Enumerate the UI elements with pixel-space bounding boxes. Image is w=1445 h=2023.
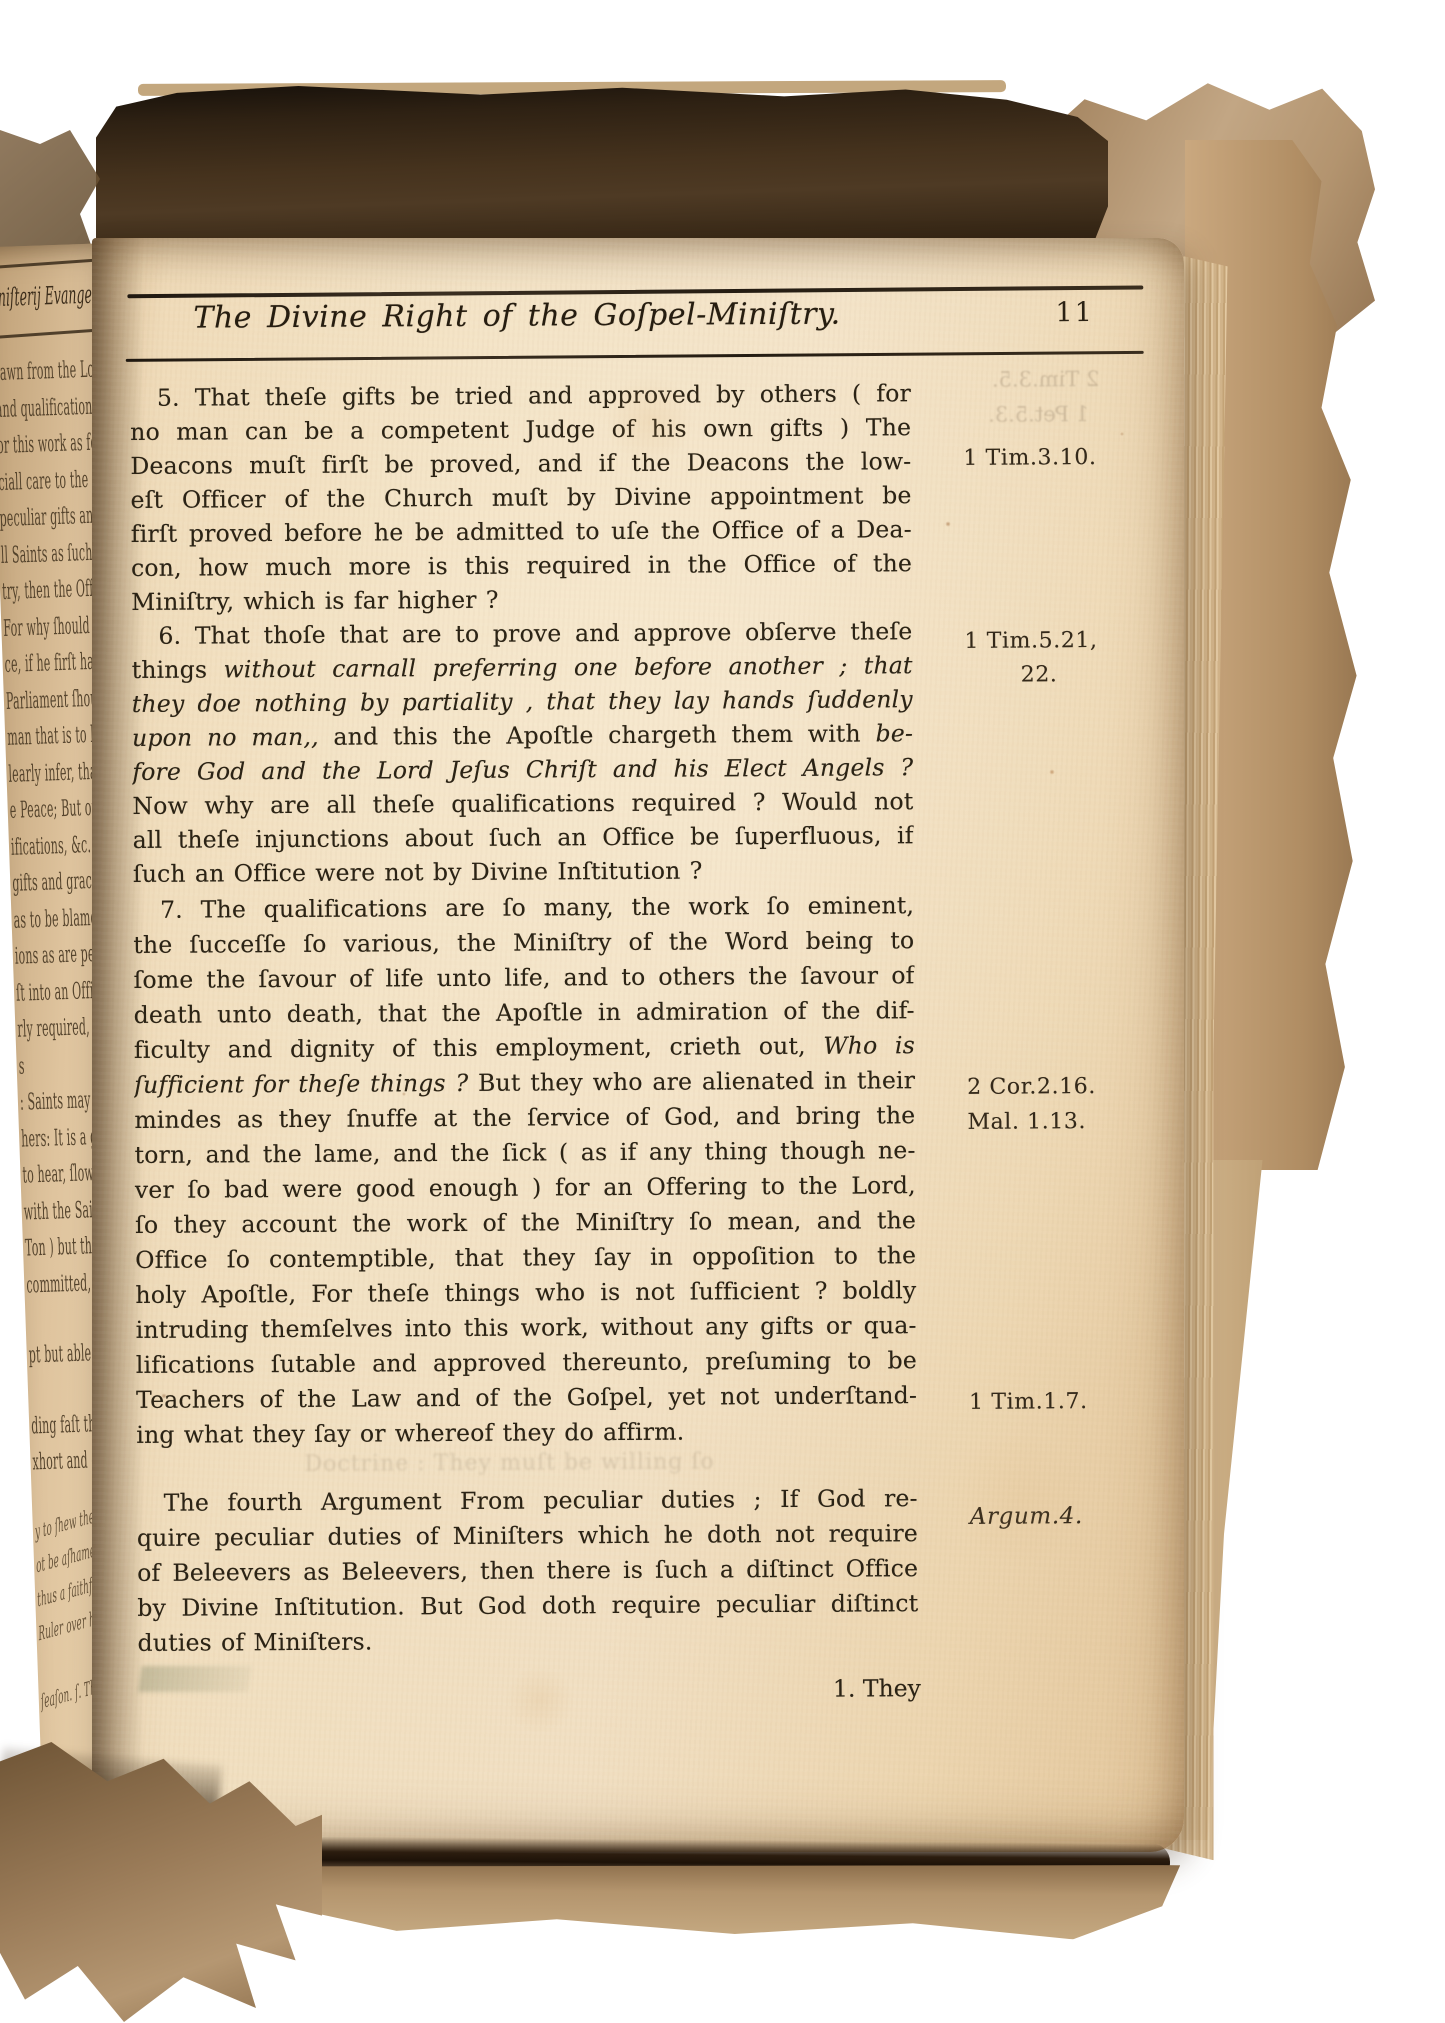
- margin-note: Argum.4.: [970, 1503, 1083, 1530]
- printed-text-layer: The Divine Right of the Goſpel-Miniſtry.…: [0, 0, 1445, 2023]
- header-rule-bottom: [126, 351, 1144, 362]
- page-number: 11: [1055, 297, 1094, 328]
- margin-note: 1 Tim.5.21,: [964, 628, 1097, 654]
- running-header: The Divine Right of the Goſpel-Miniſtry.: [144, 296, 889, 336]
- text-line: ing what they ſay or whereof they do aff…: [136, 1415, 917, 1457]
- text-line: ſuch an Office were not by Divine Inſtit…: [133, 854, 914, 895]
- catchword: 1. They: [776, 1674, 921, 1703]
- margin-note: 1 Tim.1.7.: [969, 1389, 1088, 1415]
- body-text: 5. That theſe gifts be tried and approve…: [0, 0, 1443, 3]
- margin-notes: 1 Tim.3.10.1 Tim.5.21,22.2 Cor.2.16.Mal.…: [0, 0, 1443, 3]
- text-line: duties of Miniſters.: [137, 1623, 918, 1665]
- margin-note: 22.: [1021, 662, 1058, 687]
- bottom-board-edge: [290, 1859, 1181, 1940]
- bleedthrough-note: 2 Tim.3.5.: [992, 367, 1100, 392]
- margin-note: 1 Tim.3.10.: [963, 445, 1096, 471]
- book-photo: iniſterij Evangelii, rawn from the Lorda…: [0, 0, 1445, 2023]
- bleedthrough-note: 1 Pet.5.3.: [988, 402, 1089, 427]
- margin-note: 2 Cor.2.16.: [967, 1074, 1096, 1100]
- header-rule-top: [127, 285, 1143, 298]
- ink-smudge: [138, 1666, 252, 1692]
- margin-note: Mal. 1.13.: [967, 1109, 1086, 1135]
